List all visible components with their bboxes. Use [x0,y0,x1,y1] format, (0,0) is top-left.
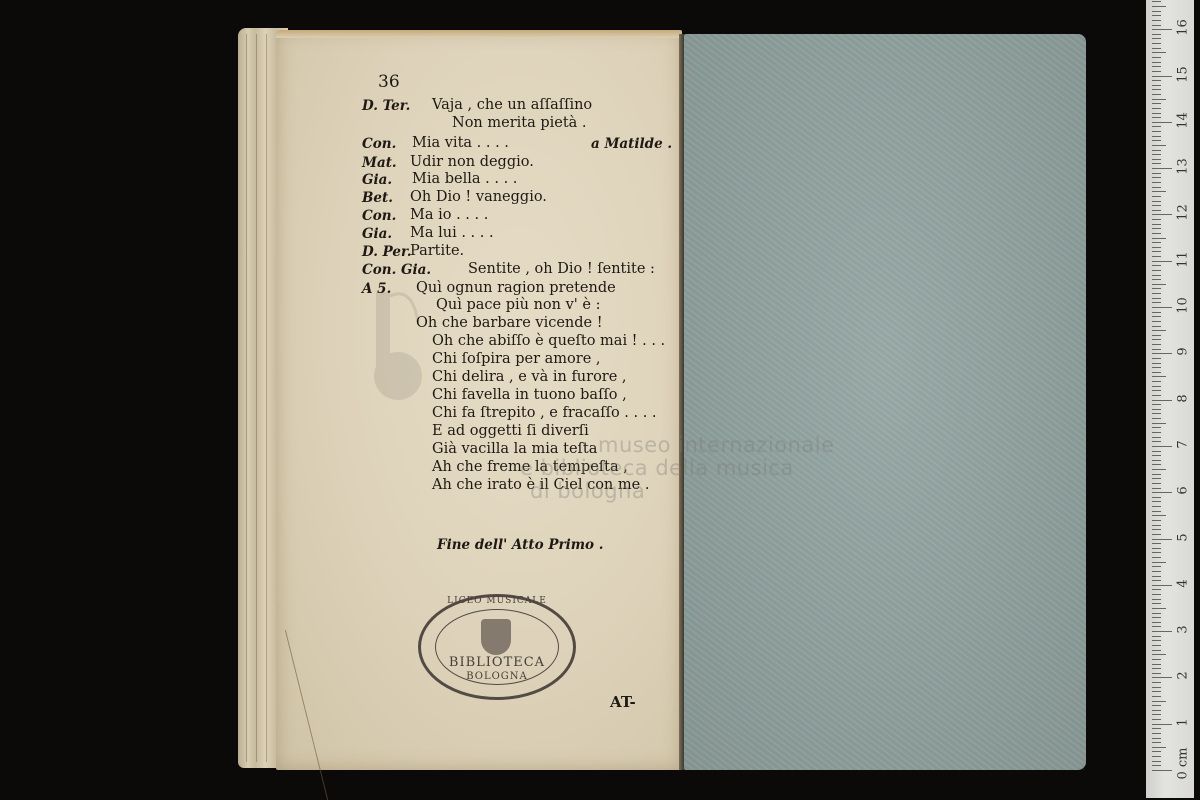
ruler-tick [1152,29,1172,30]
ruler-tick [1152,238,1166,239]
verse-line: Oh che barbare vicende ! [416,315,603,331]
ruler-tick [1152,460,1161,461]
ruler-tick [1152,390,1161,391]
page-top-stain [276,30,682,38]
ruler-tick [1152,71,1161,72]
ruler-label: 9 [1176,341,1191,363]
ruler-tick [1152,756,1161,757]
ruler-tick [1152,664,1161,665]
ruler-tick [1152,275,1161,276]
ruler-tick [1152,344,1161,345]
ruler-tick [1152,515,1166,516]
ruler-tick [1152,136,1161,137]
ruler-label: 13 [1176,156,1191,178]
ruler-tick [1152,261,1172,262]
ruler-tick [1152,76,1172,77]
ruler-tick [1152,113,1161,114]
ruler-tick [1152,339,1161,340]
ruler-tick [1152,566,1161,567]
ruler-tick [1152,557,1161,558]
ruler-tick [1152,640,1161,641]
verse-line: Ma io . . . . [410,207,488,223]
ruler-tick [1152,89,1161,90]
ruler-label: 10 [1176,295,1191,317]
ruler-tick [1152,705,1161,706]
ruler-tick [1152,682,1161,683]
ruler-label: 1 [1176,711,1191,733]
ruler-tick [1152,543,1161,544]
ruler-tick [1152,738,1161,739]
ruler-tick [1152,733,1161,734]
ruler-tick [1152,372,1161,373]
watermark-line-2: e biblioteca della musica [520,456,794,480]
ruler-tick [1152,316,1161,317]
ruler-tick [1152,562,1166,563]
ruler-tick [1152,464,1161,465]
stamp-label-1: BIBLIOTECA [443,655,551,670]
verse-line: Ma lui . . . . [410,225,494,241]
ruler-tick [1152,20,1161,21]
ruler-tick [1152,742,1161,743]
verse-line: Quì pace più non v' è : [436,297,600,313]
watermark-line-3: di bologna [530,479,645,503]
speaker-label: Gia. [362,226,392,242]
ruler-tick [1152,747,1166,748]
ruler-tick [1152,62,1161,63]
watermark-line-1: museo internazionale [598,433,835,457]
ruler-tick [1152,353,1172,354]
ruler-tick [1152,691,1161,692]
ruler-tick [1152,150,1161,151]
ruler-tick [1152,302,1161,303]
ruler-tick [1152,710,1161,711]
ruler-tick [1152,469,1166,470]
verse-line: Chi ſoſpira per amore , [432,351,601,367]
ruler-tick [1152,367,1161,368]
ruler-tick [1152,626,1161,627]
verse-line: Mia bella . . . . [412,171,517,187]
verse-line: Chi fa ſtrepito , e fracaſſo . . . . [432,405,657,421]
ruler-tick [1152,117,1161,118]
ruler-tick [1152,349,1161,350]
ruler-tick [1152,358,1161,359]
ruler-tick [1152,668,1161,669]
ruler-tick [1152,293,1161,294]
ruler-label: 16 [1176,17,1191,39]
ruler-tick [1152,413,1161,414]
verse-line: Mia vita . . . . [412,135,509,151]
ruler-tick [1152,659,1161,660]
ruler-tick [1152,326,1161,327]
ruler-tick [1152,654,1166,655]
ruler-tick [1152,381,1161,382]
coat-of-arms-icon [481,619,511,655]
verse-line: Sentite , oh Dio ! ſentite : [468,261,655,277]
ruler-tick [1152,511,1161,512]
ruler-tick [1152,696,1161,697]
ruler-label: 14 [1176,109,1191,131]
speaker-label: D. Per. [362,244,412,260]
ruler-tick [1152,307,1172,308]
ruler-tick [1152,576,1161,577]
ruler-tick [1152,520,1161,521]
speaker-label: Mat. [362,155,397,171]
ruler-tick [1152,437,1161,438]
ruler-tick [1152,48,1161,49]
ruler-tick [1152,168,1172,169]
ruler-tick [1152,80,1161,81]
stamp-ring-text: LICEO MUSICALE [439,596,555,606]
ruler-tick [1152,427,1161,428]
ruler-tick [1152,673,1161,674]
ruler-tick [1152,589,1161,590]
ruler-tick [1152,400,1172,401]
ruler-tick [1152,770,1172,771]
measurement-ruler: 0 cm12345678910111213141516 [1146,0,1194,798]
speaker-label: D. Ter. [362,98,410,114]
ruler-tick [1152,126,1161,127]
ruler-tick [1152,594,1161,595]
verse-line: E ad oggetti ſi diverſi [432,423,589,439]
ruler-tick [1152,145,1166,146]
ruler-tick [1152,279,1161,280]
ruler-tick [1152,409,1161,410]
stage-direction: a Matilde . [591,136,672,152]
ruler-tick [1152,270,1161,271]
ruler-tick [1152,488,1161,489]
act-end-note: Fine dell' Atto Primo . [437,537,603,553]
ruler-tick [1152,1,1161,2]
ruler-tick [1152,131,1161,132]
blue-paper-cover [684,34,1086,770]
ruler-tick [1152,187,1161,188]
ruler-tick [1152,677,1172,678]
ruler-tick [1152,580,1161,581]
ruler-tick [1152,85,1161,86]
ruler-tick [1152,363,1161,364]
speaker-label: Con. Gia. [362,262,431,278]
ruler-tick [1152,228,1161,229]
ruler-tick [1152,201,1161,202]
ruler-tick [1152,288,1161,289]
ruler-tick [1152,622,1161,623]
ruler-tick [1152,140,1161,141]
ruler-tick [1152,214,1172,215]
verse-line: Chi favella in tuono baſſo , [432,387,627,403]
ruler-tick [1152,478,1161,479]
ruler-tick [1152,492,1172,493]
ruler-tick [1152,52,1166,53]
ruler-tick [1152,548,1161,549]
ruler-tick [1152,423,1166,424]
ruler-tick [1152,571,1161,572]
verse-line: Chi delira , e và in furore , [432,369,627,385]
ruler-tick [1152,103,1161,104]
ruler-tick [1152,159,1161,160]
verse-line: Non merita pietà . [452,115,587,131]
ruler-tick [1152,751,1161,752]
ruler-tick [1152,256,1161,257]
ruler-tick [1152,474,1161,475]
ruler-tick [1152,210,1161,211]
speaker-label: Bet. [362,190,393,206]
verse-line: Già vacilla la mia teſta [432,441,597,457]
ruler-tick [1152,376,1166,377]
ruler-tick [1152,432,1161,433]
ruler-tick [1152,506,1161,507]
ruler-tick [1152,6,1166,7]
ruler-tick [1152,233,1161,234]
ruler-tick [1152,404,1161,405]
ruler-tick [1152,645,1161,646]
ruler-tick [1152,38,1161,39]
ruler-tick [1152,765,1161,766]
ruler-tick [1152,603,1161,604]
ruler-tick [1152,724,1172,725]
ruler-tick [1152,714,1161,715]
ruler-tick [1152,335,1161,336]
ruler-tick [1152,455,1161,456]
ruler-tick [1152,446,1172,447]
verse-line: Oh Dio ! vaneggio. [410,189,547,205]
catchword: AT- [610,693,636,711]
library-stamp: LICEO MUSICALE BIBLIOTECA BOLOGNA [418,594,576,700]
ruler-tick [1152,585,1172,586]
ruler-tick [1152,650,1161,651]
ruler-tick [1152,154,1161,155]
ruler-tick [1152,177,1161,178]
ruler-tick [1152,608,1166,609]
ruler-tick [1152,539,1172,540]
ruler-label: 3 [1176,619,1191,641]
ruler-tick [1152,251,1161,252]
ruler-tick [1152,441,1161,442]
ruler-tick [1152,395,1161,396]
ruler-tick [1152,34,1161,35]
ruler-tick [1152,265,1161,266]
speaker-label: A 5. [362,281,391,297]
ruler-tick [1152,191,1166,192]
ruler-tick [1152,242,1161,243]
ruler-tick [1152,321,1161,322]
verse-line: Partite. [410,243,464,259]
ruler-tick [1152,205,1161,206]
verse-line: Udir non deggio. [410,154,534,170]
ruler-tick [1152,529,1161,530]
ruler-tick [1152,687,1161,688]
ruler-tick [1152,224,1161,225]
ruler-tick [1152,284,1166,285]
verse-line: Oh che abiſſo è queſto mai ! . . . [432,333,665,349]
ruler-tick [1152,94,1161,95]
ruler-tick [1152,451,1161,452]
speaker-label: Gia. [362,172,392,188]
ruler-label: 6 [1176,480,1191,502]
speaker-label: Con. [362,208,396,224]
stamp-label-2: BOLOGNA [443,671,551,682]
ruler-tick [1152,483,1161,484]
ruler-tick [1152,386,1161,387]
ruler-tick [1152,497,1161,498]
ruler-tick [1152,552,1161,553]
ruler-tick [1152,728,1161,729]
ruler-tick [1152,298,1161,299]
ruler-tick [1152,11,1161,12]
library-logo-watermark [372,292,424,402]
ruler-tick [1152,312,1161,313]
ruler-label: 5 [1176,526,1191,548]
ruler-label: 8 [1176,387,1191,409]
ruler-tick [1152,247,1161,248]
ruler-tick [1152,613,1161,614]
ruler-tick [1152,636,1161,637]
ruler-label: 15 [1176,63,1191,85]
ruler-tick [1152,99,1166,100]
ruler-tick [1152,631,1172,632]
ruler-tick [1152,719,1161,720]
ruler-tick [1152,330,1166,331]
page-number: 36 [378,72,400,92]
ruler-tick [1152,501,1161,502]
ruler-tick [1152,701,1166,702]
verse-line: Quì ognun ragion pretende [416,280,616,296]
ruler-tick [1152,599,1161,600]
ruler-tick [1152,163,1161,164]
ruler-tick [1152,761,1161,762]
ruler-label: 2 [1176,665,1191,687]
ruler-tick [1152,25,1161,26]
ruler-tick [1152,15,1161,16]
ruler-tick [1152,534,1161,535]
ruler-label: 0 cm [1176,744,1191,784]
ruler-tick [1152,182,1161,183]
ruler-label: 7 [1176,433,1191,455]
ruler-tick [1152,108,1161,109]
ruler-label: 4 [1176,572,1191,594]
ruler-tick [1152,525,1161,526]
ruler-tick [1152,617,1161,618]
speaker-label: Con. [362,136,396,152]
ruler-label: 11 [1176,248,1191,270]
ruler-label: 12 [1176,202,1191,224]
ruler-tick [1152,66,1161,67]
ruler-tick [1152,122,1172,123]
ruler-tick [1152,57,1161,58]
ruler-tick [1152,43,1161,44]
ruler-tick [1152,173,1161,174]
verse-line: Vaja , che un aſſaſſino [432,97,592,113]
ruler-tick [1152,418,1161,419]
ruler-tick [1152,196,1161,197]
ruler-tick [1152,219,1161,220]
